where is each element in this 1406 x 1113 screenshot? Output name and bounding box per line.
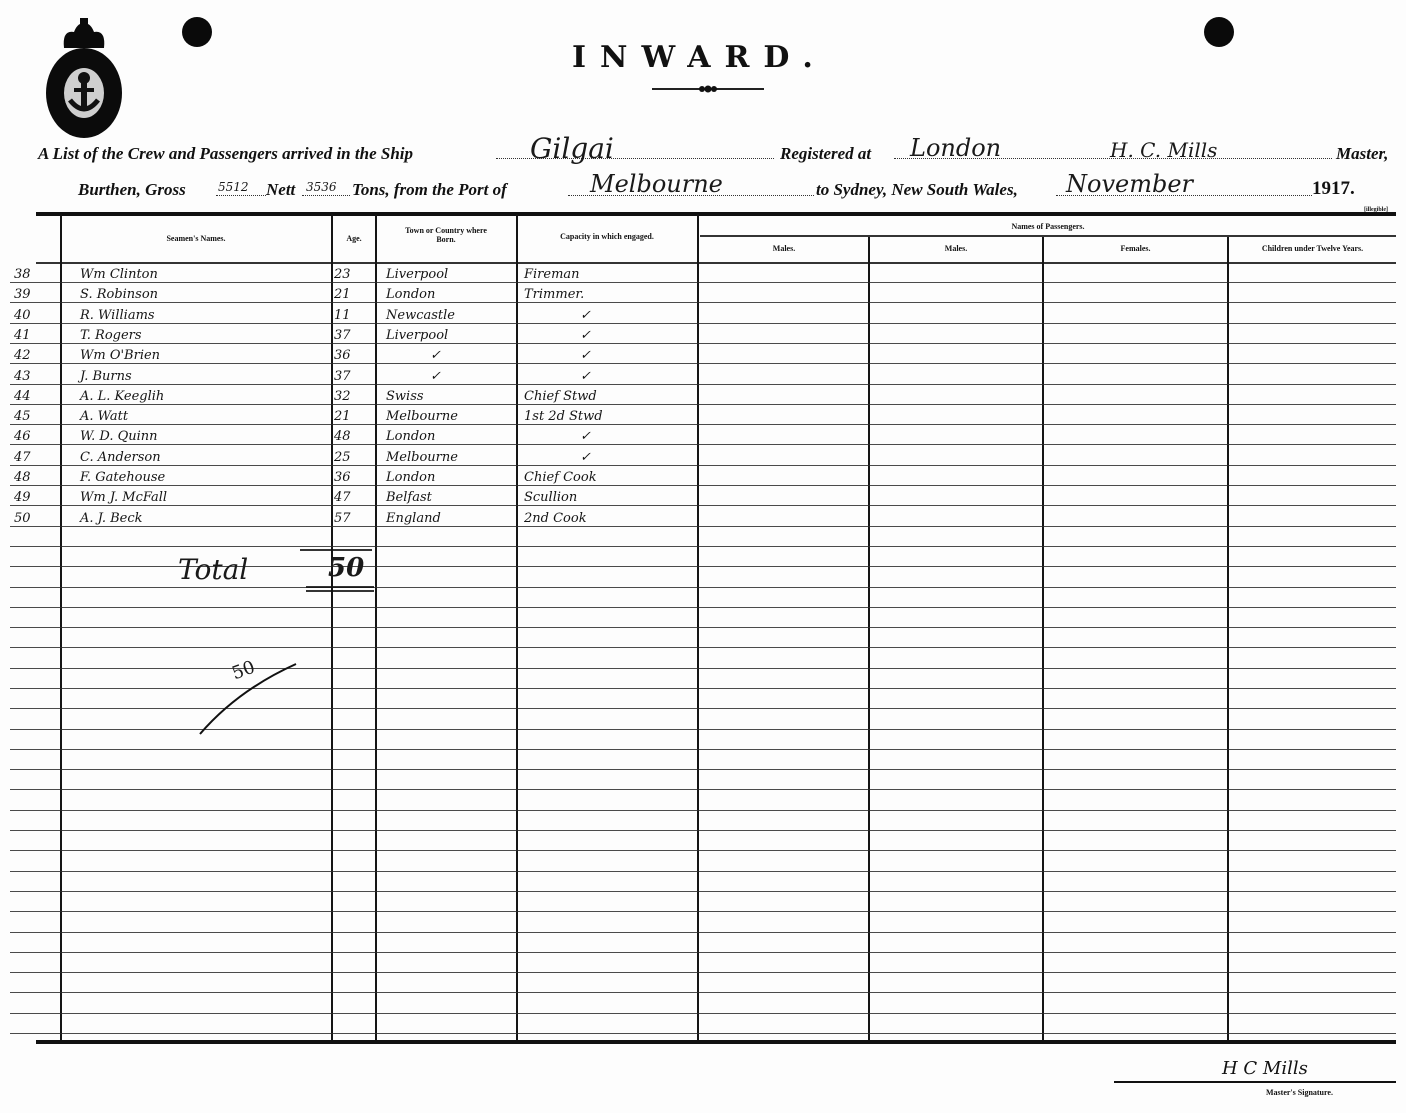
ruled-line xyxy=(10,749,1396,750)
master-name-value: H. C. Mills xyxy=(1110,138,1217,162)
table-bottom-rule xyxy=(36,1040,1396,1044)
master-label: Master, xyxy=(1336,144,1388,164)
seaman-capacity: Chief Cook xyxy=(524,469,597,487)
seaman-birthplace: Belfast xyxy=(386,489,432,507)
seaman-name: R. Williams xyxy=(80,307,155,325)
seaman-name: A. L. Keeglih xyxy=(80,388,164,406)
col-header-males-1: Males. xyxy=(700,244,868,253)
seaman-birthplace: Melbourne xyxy=(386,449,458,467)
col-header-age: Age. xyxy=(333,234,375,243)
row-number: 38 xyxy=(14,266,31,284)
ruled-line xyxy=(10,505,1396,506)
seaman-age: 37 xyxy=(334,327,351,345)
seaman-age: 57 xyxy=(334,510,351,528)
seaman-name: J. Burns xyxy=(80,368,132,386)
seaman-age: 47 xyxy=(334,489,351,507)
ruled-line xyxy=(10,647,1396,648)
row-number: 42 xyxy=(14,347,31,365)
ruled-line xyxy=(10,769,1396,770)
ship-name-value: Gilgai xyxy=(530,132,614,165)
ruled-line xyxy=(10,587,1396,588)
seaman-birthplace: Liverpool xyxy=(386,327,448,345)
seaman-birthplace: ✓ xyxy=(430,347,441,365)
year-value: 1917. xyxy=(1312,178,1355,200)
ruled-line xyxy=(10,282,1396,283)
seaman-capacity: ✓ xyxy=(580,449,591,467)
col-header-passengers: Names of Passengers. xyxy=(700,222,1396,231)
nett-tons-value: 3536 xyxy=(306,180,337,194)
col-divider-males2 xyxy=(868,237,870,1040)
seaman-capacity: ✓ xyxy=(580,368,591,386)
seaman-capacity: Fireman xyxy=(524,266,580,284)
check-stroke-icon xyxy=(198,660,302,738)
ruled-line xyxy=(10,850,1396,851)
col-divider-females xyxy=(1042,237,1044,1040)
punch-hole-right xyxy=(1204,17,1234,47)
seaman-birthplace: London xyxy=(386,469,435,487)
header-bottom-rule xyxy=(36,262,1396,264)
row-number: 45 xyxy=(14,408,31,426)
seaman-birthplace: England xyxy=(386,510,441,528)
month-value: November xyxy=(1066,170,1193,198)
seaman-age: 36 xyxy=(334,469,351,487)
to-sydney-label: to Sydney, New South Wales, xyxy=(816,180,1018,200)
year-suffix: . xyxy=(1350,178,1355,199)
col-divider-children xyxy=(1227,237,1229,1040)
table-top-rule xyxy=(36,212,1396,216)
total-underline-2 xyxy=(306,590,374,592)
gross-tons-field xyxy=(216,195,266,196)
ruled-line xyxy=(10,830,1396,831)
crown-anchor-emblem-icon xyxy=(44,18,124,138)
ruled-line xyxy=(10,607,1396,608)
seaman-age: 48 xyxy=(334,428,351,446)
crew-list-label: A List of the Crew and Passengers arrive… xyxy=(38,144,413,163)
seaman-birthplace: Melbourne xyxy=(386,408,458,426)
title-ornament-icon xyxy=(696,85,720,93)
total-value: 50 xyxy=(328,553,364,583)
seaman-name: W. D. Quinn xyxy=(80,428,158,446)
seaman-capacity: 2nd Cook xyxy=(524,510,587,528)
seaman-birthplace: Liverpool xyxy=(386,266,448,284)
header-line-1: A List of the Crew and Passengers arrive… xyxy=(38,144,413,164)
ruled-line xyxy=(10,363,1396,364)
total-underline-1 xyxy=(306,586,374,588)
seaman-name: C. Anderson xyxy=(80,449,161,467)
punch-hole-left xyxy=(182,17,212,47)
seaman-age: 37 xyxy=(334,368,351,386)
seaman-age: 11 xyxy=(334,307,351,325)
col-header-seamen-names: Seamen's Names. xyxy=(62,234,330,243)
ruled-line xyxy=(10,789,1396,790)
tons-from-label: Tons, from the Port of xyxy=(352,180,507,200)
col-header-children: Children under Twelve Years. xyxy=(1229,244,1396,253)
ruled-line xyxy=(10,627,1396,628)
seaman-name: Wm O'Brien xyxy=(80,347,160,365)
signature-line xyxy=(1114,1081,1396,1083)
row-number: 44 xyxy=(14,388,31,406)
seaman-name: A. J. Beck xyxy=(80,510,143,528)
total-label: Total xyxy=(178,553,248,586)
from-port-value: Melbourne xyxy=(590,170,723,198)
ruled-line xyxy=(10,302,1396,303)
total-top-rule xyxy=(300,549,372,551)
ruled-line xyxy=(10,526,1396,527)
seaman-name: F. Gatehouse xyxy=(80,469,165,487)
seaman-birthplace: London xyxy=(386,286,435,304)
registered-port-value: London xyxy=(910,134,1001,162)
seaman-age: 21 xyxy=(334,286,351,304)
col-header-females: Females. xyxy=(1044,244,1227,253)
ruled-line xyxy=(10,1013,1396,1014)
seaman-age: 25 xyxy=(334,449,351,467)
year-text: 1917 xyxy=(1312,178,1350,199)
row-number: 50 xyxy=(14,510,31,528)
seaman-age: 32 xyxy=(334,388,351,406)
row-number: 43 xyxy=(14,368,31,386)
seaman-capacity: Scullion xyxy=(524,489,577,507)
col-header-males-2: Males. xyxy=(870,244,1042,253)
ruled-line xyxy=(10,485,1396,486)
ruled-line xyxy=(10,465,1396,466)
registered-label: Registered at xyxy=(780,144,871,164)
passenger-subheader-rule xyxy=(700,235,1396,237)
ruled-line xyxy=(10,891,1396,892)
seaman-name: Wm J. McFall xyxy=(80,489,167,507)
seaman-name: A. Watt xyxy=(80,408,128,426)
ruled-line xyxy=(10,952,1396,953)
row-number: 47 xyxy=(14,449,31,467)
seaman-capacity: Trimmer. xyxy=(524,286,584,304)
col-header-capacity: Capacity in which engaged. xyxy=(518,232,696,241)
seaman-name: S. Robinson xyxy=(80,286,158,304)
ruled-line xyxy=(10,546,1396,547)
seaman-birthplace: Newcastle xyxy=(386,307,455,325)
seaman-birthplace: ✓ xyxy=(430,368,441,386)
row-number: 39 xyxy=(14,286,31,304)
seaman-age: 23 xyxy=(334,266,351,284)
ruled-line xyxy=(10,972,1396,973)
nett-tons-field xyxy=(302,195,350,196)
seaman-birthplace: Swiss xyxy=(386,388,424,406)
page-title: INWARD. xyxy=(572,40,827,75)
seaman-capacity: ✓ xyxy=(580,327,591,345)
row-number: 41 xyxy=(14,327,31,345)
seaman-age: 21 xyxy=(334,408,351,426)
ruled-line xyxy=(10,323,1396,324)
ruled-line xyxy=(10,911,1396,912)
ruled-line xyxy=(10,1033,1396,1034)
ruled-line xyxy=(10,384,1396,385)
row-number: 48 xyxy=(14,469,31,487)
signature-label: Master's Signature. xyxy=(1266,1088,1333,1097)
row-number: 46 xyxy=(14,428,31,446)
ruled-line xyxy=(10,810,1396,811)
nett-label: Nett xyxy=(266,180,295,200)
col-header-born: Town or Country where Born. xyxy=(398,226,494,244)
ruled-line xyxy=(10,343,1396,344)
burthen-label: Burthen, Gross xyxy=(78,180,186,200)
seaman-capacity: Chief Stwd xyxy=(524,388,597,406)
ruled-line xyxy=(10,992,1396,993)
seaman-capacity: ✓ xyxy=(580,428,591,446)
master-signature: H C Mills xyxy=(1222,1058,1308,1079)
ruled-line xyxy=(10,404,1396,405)
seaman-capacity: ✓ xyxy=(580,307,591,325)
row-number: 49 xyxy=(14,489,31,507)
gross-tons-value: 5512 xyxy=(218,180,249,194)
ruled-line xyxy=(10,871,1396,872)
ruled-line xyxy=(10,424,1396,425)
seaman-name: Wm Clinton xyxy=(80,266,158,284)
seaman-name: T. Rogers xyxy=(80,327,142,345)
row-number: 40 xyxy=(14,307,31,325)
ruled-line xyxy=(10,932,1396,933)
seaman-capacity: ✓ xyxy=(580,347,591,365)
seaman-birthplace: London xyxy=(386,428,435,446)
ruled-line xyxy=(10,444,1396,445)
seaman-capacity: 1st 2d Stwd xyxy=(524,408,603,426)
seaman-age: 36 xyxy=(334,347,351,365)
